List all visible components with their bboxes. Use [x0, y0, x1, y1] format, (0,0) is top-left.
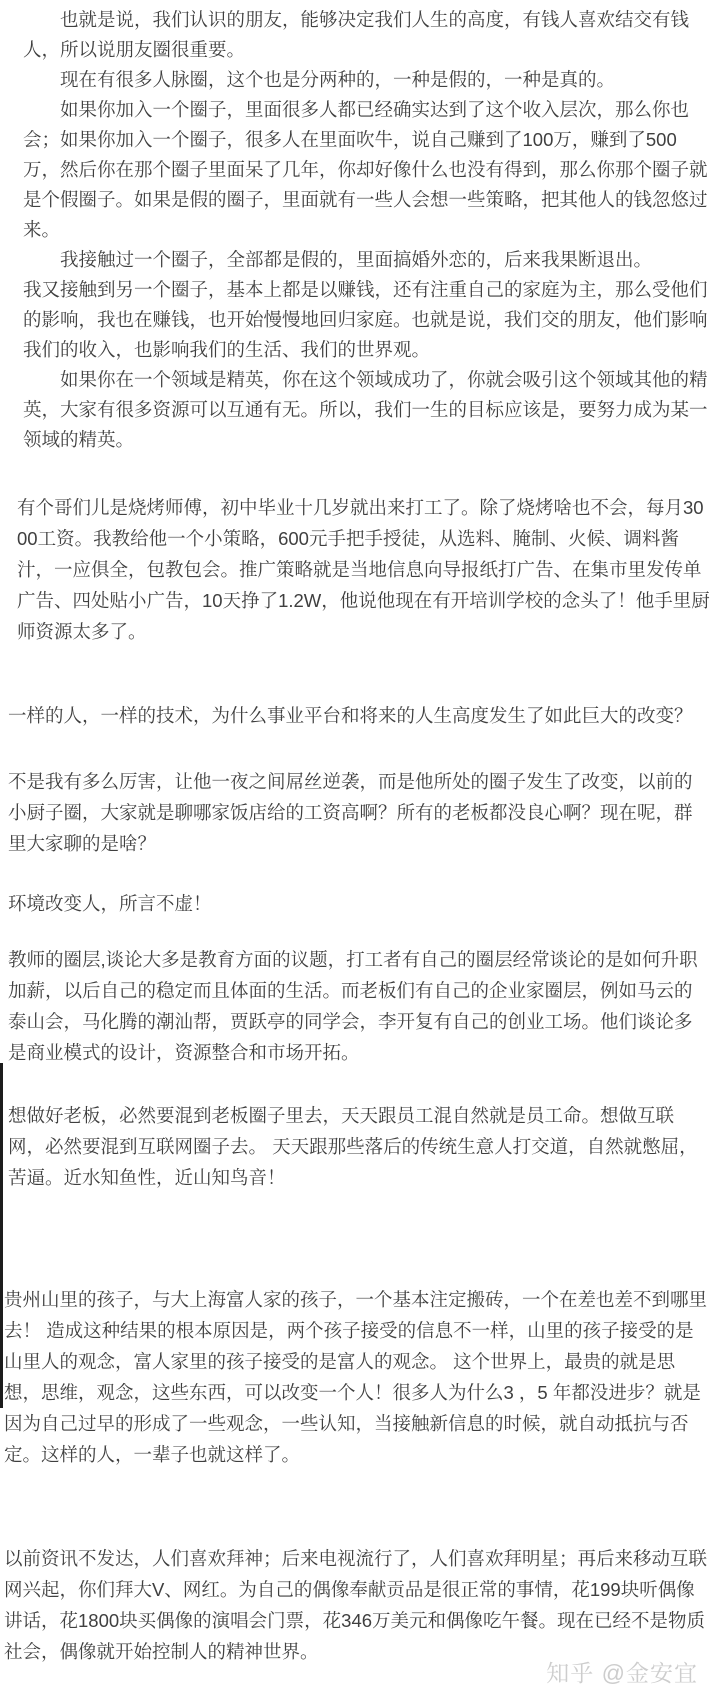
para-environment-changes-people: 环境改变人，所言不虚！ [8, 888, 714, 919]
environment-block: 环境改变人，所言不虚！ [8, 888, 714, 919]
para-circle-changed: 不是我有多么厉害，让他一夜之间屌丝逆袭，而是他所处的圈子发生了改变，以前的小厨子… [8, 766, 710, 859]
circle-change-block: 不是我有多么厉害，让他一夜之间屌丝逆袭，而是他所处的圈子发生了改变，以前的小厨子… [8, 766, 710, 859]
para-same-person-question: 一样的人，一样的技术，为什么事业平台和将来的人生高度发生了如此巨大的改变？ [8, 700, 714, 731]
para-another-circle-influence: 我又接触到另一个圈子，基本上都是以赚钱，还有注重自己的家庭为主，那么受他们的影响… [23, 275, 711, 365]
para-guizhou-vs-shanghai-children: 贵州山里的孩子，与大上海富人家的孩子，一个基本注定搬砖，一个在差也差不到哪里去！… [4, 1284, 712, 1470]
para-two-kinds-of-circles: 现在有很多人脉圈，这个也是分两种的，一种是假的，一种是真的。 [23, 65, 711, 95]
zhihu-author-watermark: 知乎 @金安宜 [546, 1656, 698, 1690]
boss-circles-block: 想做好老板，必然要混到老板圈子里去，天天跟员工混自然就是员工命。想做互联网，必然… [8, 1100, 710, 1193]
intro-text-block: 也就是说，我们认识的朋友，能够决定我们人生的高度，有钱人喜欢结交有钱人，所以说朋… [23, 5, 711, 455]
guizhou-children-block: 贵州山里的孩子，与大上海富人家的孩子，一个基本注定搬砖，一个在差也差不到哪里去！… [4, 1284, 712, 1470]
para-friends-decide-height: 也就是说，我们认识的朋友，能够决定我们人生的高度，有钱人喜欢结交有钱人，所以说朋… [23, 5, 711, 65]
bbq-master-block: 有个哥们儿是烧烤师傅，初中毕业十几岁就出来打工了。除了烧烤啥也不会，每月3000… [17, 492, 711, 647]
para-mix-into-boss-circle: 想做好老板，必然要混到老板圈子里去，天天跟员工混自然就是员工命。想做互联网，必然… [8, 1100, 710, 1193]
para-bbq-master-story: 有个哥们儿是烧烤师傅，初中毕业十几岁就出来打工了。除了烧烤啥也不会，每月3000… [17, 492, 711, 647]
para-become-field-elite: 如果你在一个领域是精英，你在这个领域成功了，你就会吸引这个领域其他的精英，大家有… [23, 365, 711, 455]
teacher-circles-block: 教师的圈层,谈论大多是教育方面的议题，打工者有自己的圈层经常谈论的是如何升职加薪… [8, 944, 710, 1068]
article-page: 也就是说，我们认识的朋友，能够决定我们人生的高度，有钱人喜欢结交有钱人，所以说朋… [0, 0, 720, 1703]
para-fake-circle-exit: 我接触过一个圈子，全部都是假的，里面搞婚外恋的，后来我果断退出。 [23, 245, 711, 275]
question-block: 一样的人，一样的技术，为什么事业平台和将来的人生高度发生了如此巨大的改变？ [8, 700, 714, 731]
idol-worship-block: 以前资讯不发达，人们喜欢拜神；后来电视流行了，人们喜欢拜明星；再后来移动互联网兴… [4, 1543, 710, 1667]
left-edge-artifact-line [0, 1063, 3, 1408]
para-real-vs-fake-circle: 如果你加入一个圈子，里面很多人都已经确实达到了这个收入层次，那么你也会；如果你加… [23, 95, 711, 245]
para-teacher-and-boss-circles: 教师的圈层,谈论大多是教育方面的议题，打工者有自己的圈层经常谈论的是如何升职加薪… [8, 944, 710, 1068]
para-idol-worship: 以前资讯不发达，人们喜欢拜神；后来电视流行了，人们喜欢拜明星；再后来移动互联网兴… [4, 1543, 710, 1667]
